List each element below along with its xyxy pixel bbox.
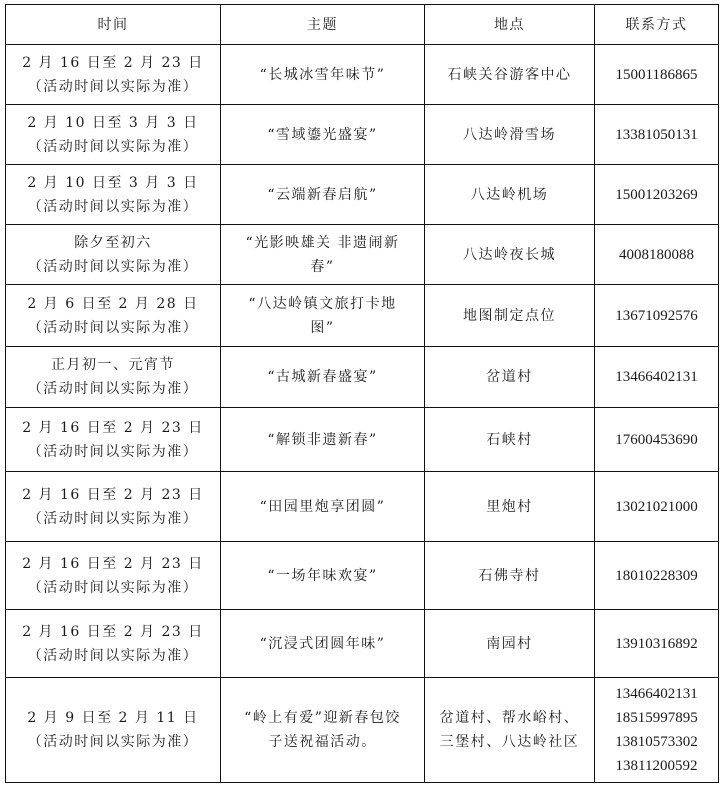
theme-cell-line: “解锁非遗新春”: [225, 428, 420, 452]
theme-cell: “光影映雄关 非遗闹新春”: [221, 225, 425, 285]
header-contact: 联系方式: [595, 5, 719, 45]
contact-cell: 13466402131: [595, 347, 719, 408]
theme-cell-line: “光影映雄关 非遗闹新: [225, 231, 420, 255]
place-cell-line: 里炮村: [429, 495, 590, 519]
contact-cell: 15001203269: [595, 165, 719, 225]
contact-cell: 13910316892: [595, 610, 719, 678]
contact-cell-line: 13811200592: [599, 754, 714, 778]
place-cell: 石佛寺村: [425, 542, 595, 610]
time-cell-line: （活动时间以实际为准）: [10, 576, 216, 600]
time-cell-line: 2 月 16 日至 2 月 23 日: [10, 620, 216, 644]
contact-cell-line: 18515997895: [599, 706, 714, 730]
time-cell-line: （活动时间以实际为准）: [10, 135, 216, 159]
table-row: 2 月 16 日至 2 月 23 日（活动时间以实际为准）“一场年味欢宴”石佛寺…: [6, 542, 719, 610]
contact-cell-line: 13910316892: [599, 632, 714, 656]
place-cell: 石峡关谷游客中心: [425, 45, 595, 105]
time-cell-line: 2 月 16 日至 2 月 23 日: [10, 416, 216, 440]
time-cell-line: 2 月 16 日至 2 月 23 日: [10, 552, 216, 576]
theme-cell-line: 子送祝福活动。: [225, 730, 420, 754]
table-row: 2 月 10 日至 3 月 3 日（活动时间以实际为准）“云端新春启航”八达岭机…: [6, 165, 719, 225]
header-place: 地点: [425, 5, 595, 45]
time-cell-line: （活动时间以实际为准）: [10, 316, 216, 340]
contact-cell-line: 15001186865: [599, 63, 714, 87]
time-cell-line: （活动时间以实际为准）: [10, 75, 216, 99]
activities-table: 时间 主题 地点 联系方式 2 月 16 日至 2 月 23 日（活动时间以实际…: [5, 4, 719, 783]
time-cell: 2 月 9 日至 2 月 11 日（活动时间以实际为准）: [6, 678, 221, 783]
time-cell: 2 月 6 日至 2 月 28 日（活动时间以实际为准）: [6, 285, 221, 347]
time-cell-line: （活动时间以实际为准）: [10, 507, 216, 531]
place-cell-line: 岔道村、帮水峪村、: [429, 706, 590, 730]
theme-cell: “古城新春盛宴”: [221, 347, 425, 408]
theme-cell: “长城冰雪年味节”: [221, 45, 425, 105]
time-cell: 2 月 16 日至 2 月 23 日（活动时间以实际为准）: [6, 542, 221, 610]
time-cell: 2 月 16 日至 2 月 23 日（活动时间以实际为准）: [6, 45, 221, 105]
place-cell: 八达岭滑雪场: [425, 105, 595, 165]
header-row: 时间 主题 地点 联系方式: [6, 5, 719, 45]
place-cell-line: 石佛寺村: [429, 564, 590, 588]
contact-cell: 1346640213118515997895138105733021381120…: [595, 678, 719, 783]
place-cell-line: 八达岭夜长城: [429, 243, 590, 267]
contact-cell-line: 13810573302: [599, 730, 714, 754]
table-row: 2 月 9 日至 2 月 11 日（活动时间以实际为准）“岭上有爱”迎新春包饺子…: [6, 678, 719, 783]
time-cell: 2 月 10 日至 3 月 3 日（活动时间以实际为准）: [6, 165, 221, 225]
theme-cell-line: “八达岭镇文旅打卡地: [225, 292, 420, 316]
contact-cell-line: 18010228309: [599, 564, 714, 588]
place-cell: 里炮村: [425, 472, 595, 542]
header-theme: 主题: [221, 5, 425, 45]
theme-cell: “沉浸式团圆年味”: [221, 610, 425, 678]
theme-cell: “田园里炮享团圆”: [221, 472, 425, 542]
time-cell-line: 2 月 16 日至 2 月 23 日: [10, 483, 216, 507]
theme-cell-line: “岭上有爱”迎新春包饺: [225, 706, 420, 730]
contact-cell: 15001186865: [595, 45, 719, 105]
place-cell-line: 石峡村: [429, 428, 590, 452]
place-cell-line: 地图制定点位: [429, 304, 590, 328]
time-cell-line: 2 月 6 日至 2 月 28 日: [10, 292, 216, 316]
theme-cell-line: “云端新春启航”: [225, 183, 420, 207]
place-cell: 岔道村: [425, 347, 595, 408]
time-cell-line: （活动时间以实际为准）: [10, 377, 216, 401]
contact-cell: 4008180088: [595, 225, 719, 285]
contact-cell-line: 13671092576: [599, 304, 714, 328]
time-cell-line: 2 月 16 日至 2 月 23 日: [10, 51, 216, 75]
time-cell-line: 正月初一、元宵节: [10, 353, 216, 377]
time-cell: 除夕至初六（活动时间以实际为准）: [6, 225, 221, 285]
theme-cell: “一场年味欢宴”: [221, 542, 425, 610]
contact-cell: 17600453690: [595, 408, 719, 472]
time-cell-line: 2 月 10 日至 3 月 3 日: [10, 111, 216, 135]
contact-cell-line: 13466402131: [599, 365, 714, 389]
time-cell: 正月初一、元宵节（活动时间以实际为准）: [6, 347, 221, 408]
place-cell: 石峡村: [425, 408, 595, 472]
theme-cell-line: “田园里炮享团圆”: [225, 495, 420, 519]
contact-cell: 13381050131: [595, 105, 719, 165]
place-cell: 八达岭机场: [425, 165, 595, 225]
table-row: 2 月 16 日至 2 月 23 日（活动时间以实际为准）“沉浸式团圆年味”南园…: [6, 610, 719, 678]
place-cell-line: 八达岭机场: [429, 183, 590, 207]
place-cell-line: 八达岭滑雪场: [429, 123, 590, 147]
time-cell: 2 月 16 日至 2 月 23 日（活动时间以实际为准）: [6, 472, 221, 542]
theme-cell: “雪域鎏光盛宴”: [221, 105, 425, 165]
table-row: 2 月 6 日至 2 月 28 日（活动时间以实际为准）“八达岭镇文旅打卡地图”…: [6, 285, 719, 347]
contact-cell-line: 13021021000: [599, 495, 714, 519]
contact-cell-line: 4008180088: [599, 243, 714, 267]
time-cell-line: （活动时间以实际为准）: [10, 255, 216, 279]
table-row: 正月初一、元宵节（活动时间以实际为准）“古城新春盛宴”岔道村1346640213…: [6, 347, 719, 408]
theme-cell-line: “一场年味欢宴”: [225, 564, 420, 588]
time-cell-line: 除夕至初六: [10, 231, 216, 255]
header-time: 时间: [6, 5, 221, 45]
table-row: 2 月 10 日至 3 月 3 日（活动时间以实际为准）“雪域鎏光盛宴”八达岭滑…: [6, 105, 719, 165]
place-cell: 八达岭夜长城: [425, 225, 595, 285]
time-cell-line: （活动时间以实际为准）: [10, 440, 216, 464]
theme-cell: “岭上有爱”迎新春包饺子送祝福活动。: [221, 678, 425, 783]
time-cell-line: 2 月 10 日至 3 月 3 日: [10, 171, 216, 195]
place-cell: 南园村: [425, 610, 595, 678]
place-cell: 岔道村、帮水峪村、三堡村、八达岭社区: [425, 678, 595, 783]
place-cell-line: 岔道村: [429, 365, 590, 389]
time-cell-line: （活动时间以实际为准）: [10, 195, 216, 219]
theme-cell-line: “雪域鎏光盛宴”: [225, 123, 420, 147]
theme-cell: “八达岭镇文旅打卡地图”: [221, 285, 425, 347]
contact-cell: 13021021000: [595, 472, 719, 542]
theme-cell-line: “古城新春盛宴”: [225, 365, 420, 389]
table-row: 2 月 16 日至 2 月 23 日（活动时间以实际为准）“长城冰雪年味节”石峡…: [6, 45, 719, 105]
table-row: 2 月 16 日至 2 月 23 日（活动时间以实际为准）“田园里炮享团圆”里炮…: [6, 472, 719, 542]
theme-cell-line: 图”: [225, 316, 420, 340]
time-cell: 2 月 16 日至 2 月 23 日（活动时间以实际为准）: [6, 610, 221, 678]
contact-cell-line: 15001203269: [599, 183, 714, 207]
table-row: 2 月 16 日至 2 月 23 日（活动时间以实际为准）“解锁非遗新春”石峡村…: [6, 408, 719, 472]
contact-cell-line: 17600453690: [599, 428, 714, 452]
time-cell-line: （活动时间以实际为准）: [10, 730, 216, 754]
time-cell-line: （活动时间以实际为准）: [10, 644, 216, 668]
time-cell-line: 2 月 9 日至 2 月 11 日: [10, 706, 216, 730]
place-cell: 地图制定点位: [425, 285, 595, 347]
contact-cell-line: 13381050131: [599, 123, 714, 147]
theme-cell-line: “长城冰雪年味节”: [225, 63, 420, 87]
time-cell: 2 月 16 日至 2 月 23 日（活动时间以实际为准）: [6, 408, 221, 472]
table-row: 除夕至初六（活动时间以实际为准）“光影映雄关 非遗闹新春”八达岭夜长城40081…: [6, 225, 719, 285]
theme-cell: “云端新春启航”: [221, 165, 425, 225]
contact-cell-line: 13466402131: [599, 682, 714, 706]
theme-cell: “解锁非遗新春”: [221, 408, 425, 472]
place-cell-line: 三堡村、八达岭社区: [429, 730, 590, 754]
contact-cell: 13671092576: [595, 285, 719, 347]
place-cell-line: 南园村: [429, 632, 590, 656]
contact-cell: 18010228309: [595, 542, 719, 610]
time-cell: 2 月 10 日至 3 月 3 日（活动时间以实际为准）: [6, 105, 221, 165]
theme-cell-line: “沉浸式团圆年味”: [225, 632, 420, 656]
place-cell-line: 石峡关谷游客中心: [429, 63, 590, 87]
theme-cell-line: 春”: [225, 255, 420, 279]
